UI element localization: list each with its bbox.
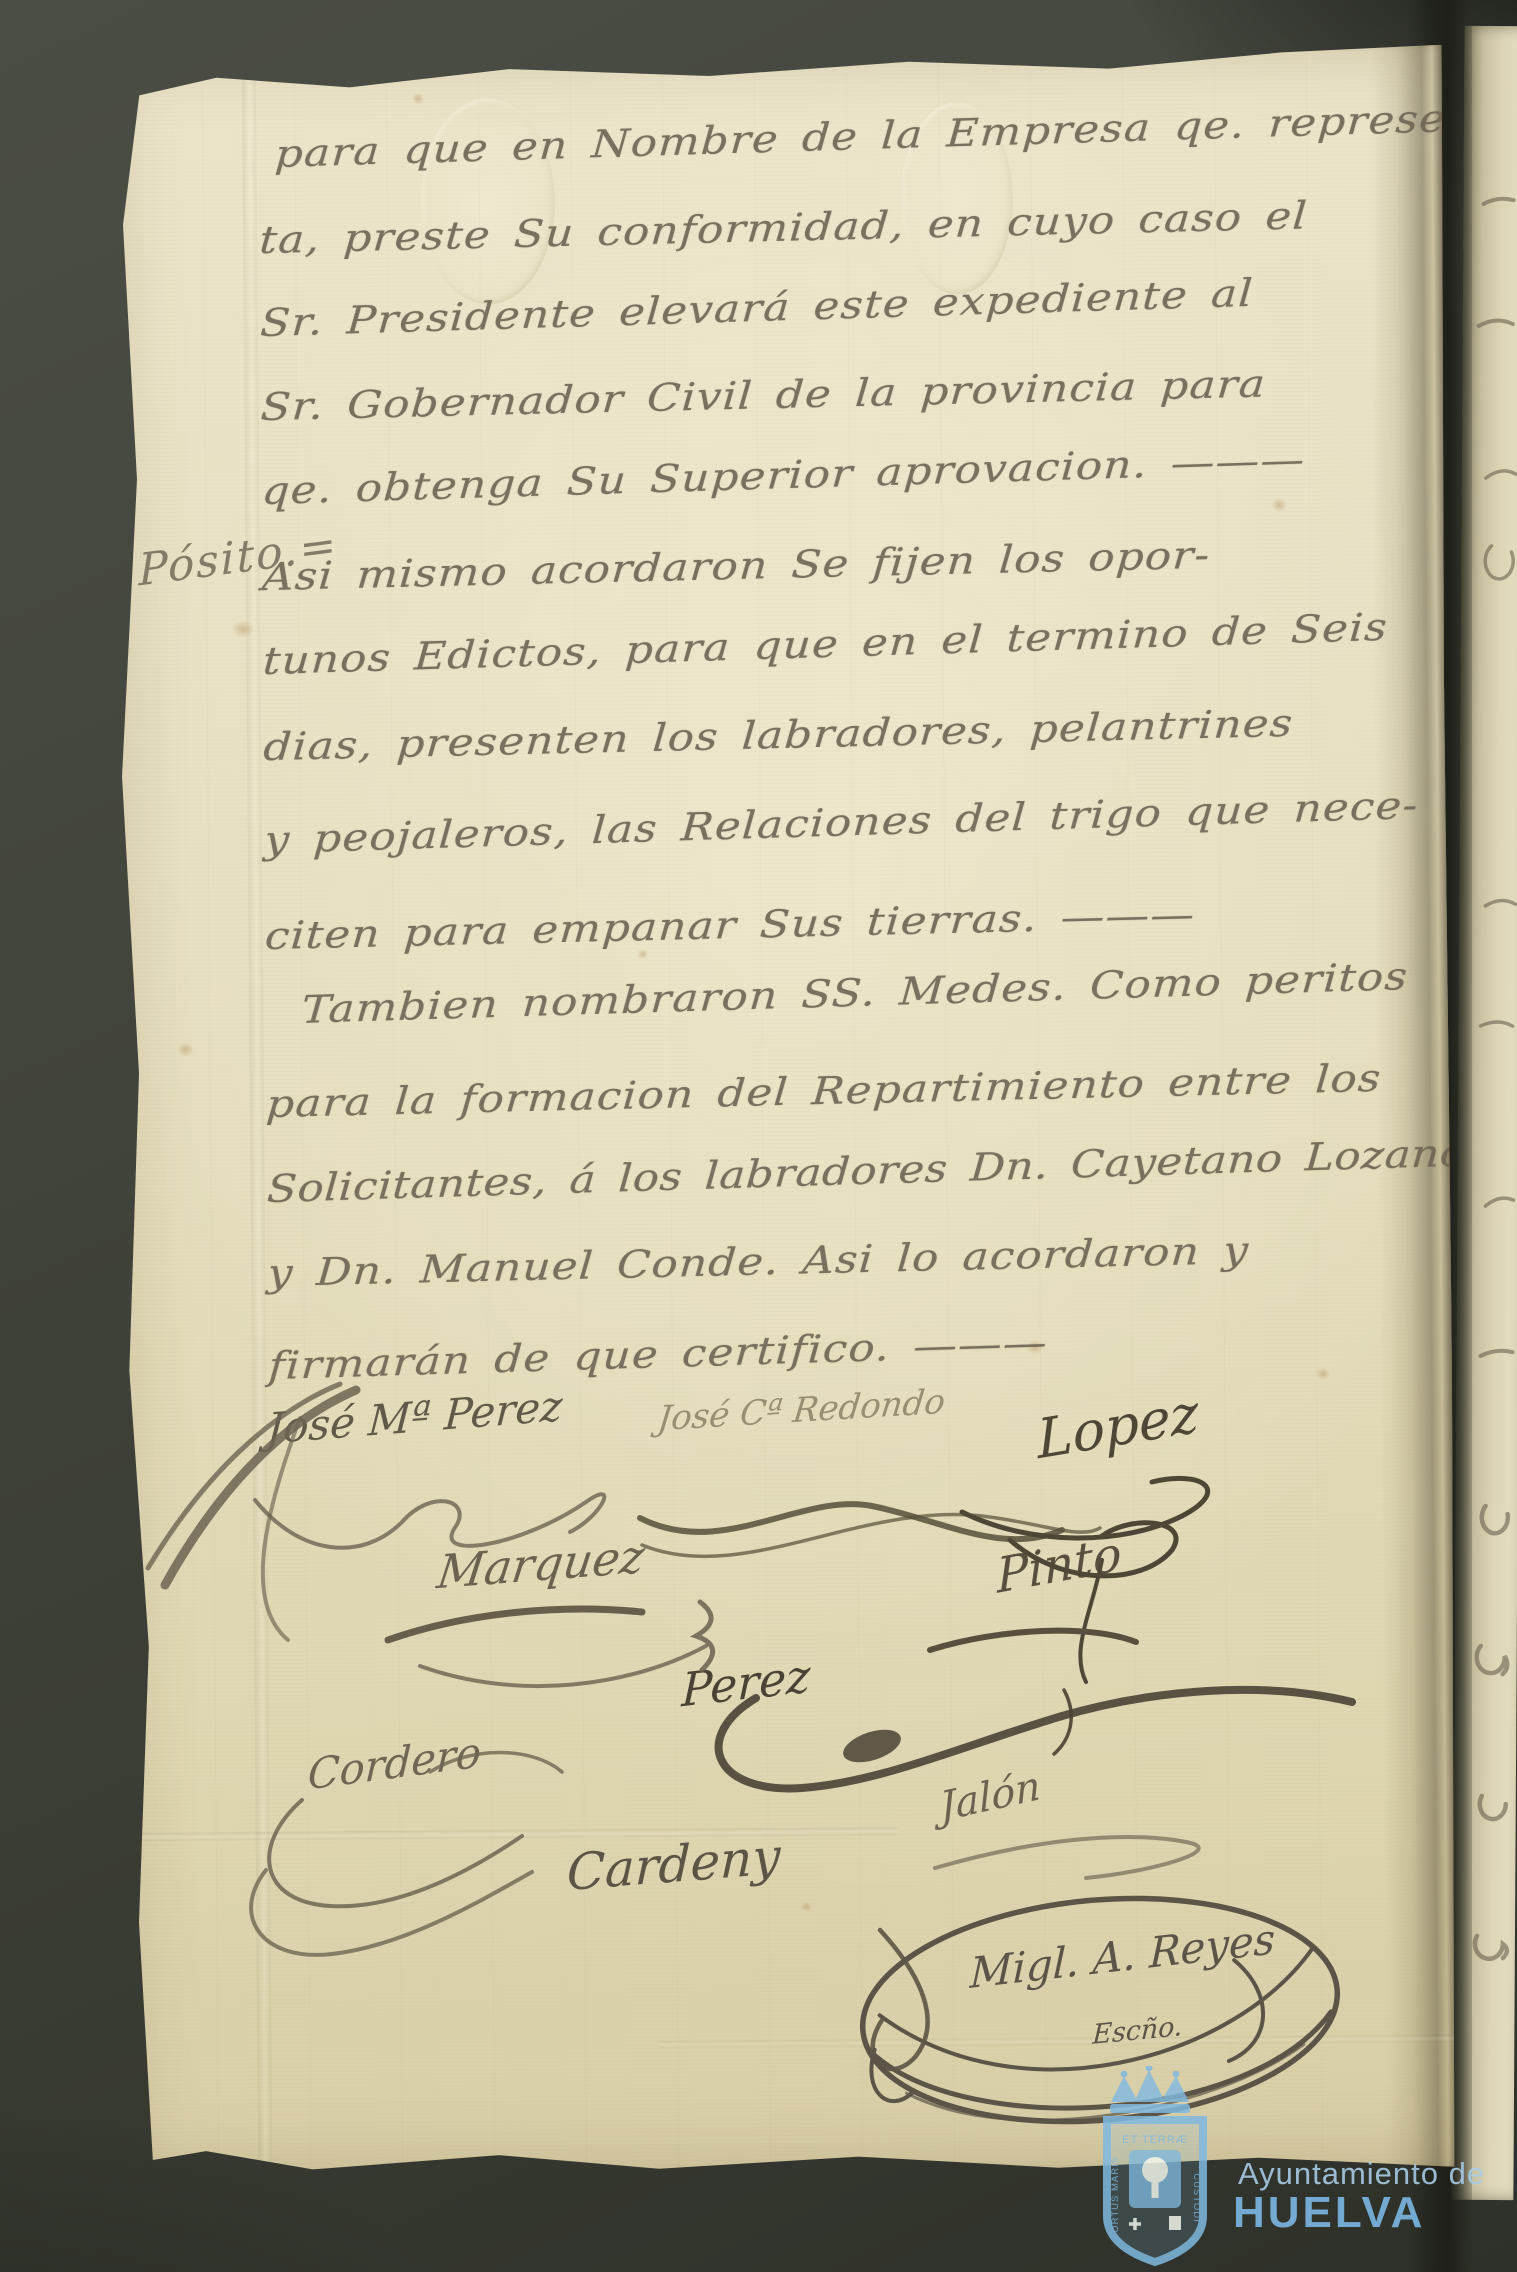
manuscript-line: ta, preste Su conformidad, en cuyo caso … [258,193,1309,262]
watermark-org-city: HUELVA [1233,2188,1425,2238]
signature-jose-redondo: José Cª Redondo [656,1382,948,1440]
scan-background: Pósito.= para que en Nombre de la Empres… [0,0,1517,2272]
manuscript-line: para que en Nombre de la Empresa qe. rep… [274,95,1493,176]
signature-pinto: Pinto [995,1525,1122,1604]
manuscript-line: firmarán de que certifico. ——— [267,1320,1049,1388]
crest-motto-left: PORTUS MARIS [1110,2156,1121,2240]
manuscript-line: Tambien nombraron SS. Medes. Como perito… [301,954,1410,1032]
manuscript-page: Pósito.= para que en Nombre de la Empres… [110,45,1459,2177]
notary-stamp-name: Migl. A. Reyes [969,1914,1276,1998]
signature-cardeny: Cardeny [566,1827,781,1902]
signature-perez: Perez [681,1648,811,1717]
manuscript-line: Asi mismo acordaron Se fijen los opor- [261,533,1212,599]
manuscript-line: tunos Edictos, para que en el termino de… [262,605,1389,683]
signature-jose-m-perez: José Mª Perez [265,1381,564,1453]
signature-jalon: Jalón [938,1763,1042,1831]
manuscript-line: qe. obtenga Su Superior aprovacion. ——— [260,437,1306,513]
signature-cordero: Cordero [307,1727,482,1799]
manuscript-line: Sr. Presidente elevará este expediente a… [259,271,1255,345]
manuscript-line: dias, presenten los labradores, pelantri… [262,701,1295,769]
horizontal-crease [658,2035,1457,2048]
manuscript-line: para la formacion del Repartimiento entr… [265,1056,1383,1126]
manuscript-line: Sr. Gobernador Civil de la provincia par… [259,361,1267,429]
manuscript-line: y peojaleros, las Relaciones del trigo q… [263,783,1420,862]
signature-marquez: Marquez [434,1529,648,1600]
manuscript-line: y Dn. Manuel Conde. Asi lo acordaron y [266,1228,1250,1295]
notary-stamp-title: Escño. [1092,2011,1183,2051]
manuscript-line: Solicitantes, á los labradores Dn. Cayet… [266,1130,1468,1211]
manuscript-line: citen para empanar Sus tierras. ——— [264,892,1197,958]
crest-motto-right: CUSTODI [1191,2173,1202,2223]
foxing-spots [110,45,1442,55]
signature-lopez: Lopez [1035,1381,1200,1471]
